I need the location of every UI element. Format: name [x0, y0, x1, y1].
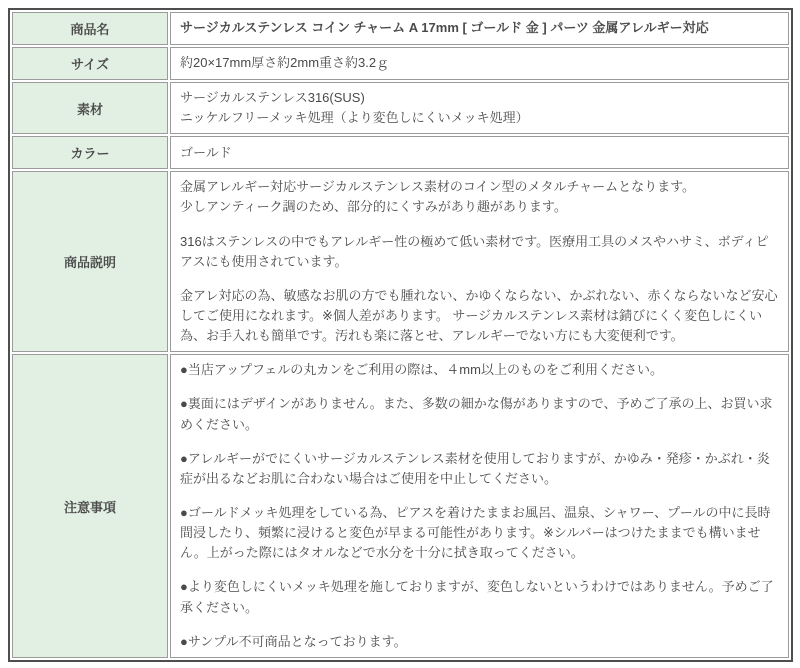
- paragraph: ゴールド: [180, 143, 779, 163]
- paragraph: ●アレルギーがでにくいサージカルステンレス素材を使用しておりますが、かゆみ・発疹…: [180, 449, 779, 489]
- paragraph: サージカルステンレス コイン チャーム A 17mm [ ゴールド 金 ] パー…: [180, 18, 779, 38]
- spec-row-material: 素材 サージカルステンレス316(SUS) ニッケルフリーメッキ処理（より変色し…: [12, 82, 789, 134]
- row-content-product-name: サージカルステンレス コイン チャーム A 17mm [ ゴールド 金 ] パー…: [170, 12, 789, 45]
- row-label-size: サイズ: [12, 47, 168, 80]
- spec-row-color: カラー ゴールド: [12, 136, 789, 169]
- spec-row-product-name: 商品名 サージカルステンレス コイン チャーム A 17mm [ ゴールド 金 …: [12, 12, 789, 45]
- paragraph: ●サンプル不可商品となっております。: [180, 632, 779, 652]
- paragraph: ●当店アップフェルの丸カンをご利用の際は、４mm以上のものをご利用ください。: [180, 360, 779, 380]
- row-label-material: 素材: [12, 82, 168, 134]
- row-content-notes: ●当店アップフェルの丸カンをご利用の際は、４mm以上のものをご利用ください。●裏…: [170, 354, 789, 658]
- row-label-notes: 注意事項: [12, 354, 168, 658]
- paragraph: ●より変色しにくいメッキ処理を施しておりますが、変色しないというわけではありませ…: [180, 577, 779, 617]
- paragraph: ●ゴールドメッキ処理をしている為、ピアスを着けたままお風呂、温泉、シャワー、プー…: [180, 503, 779, 563]
- paragraph: 金アレ対応の為、敏感なお肌の方でも腫れない、かゆくならない、かぶれない、赤くなら…: [180, 286, 779, 346]
- row-label-description: 商品説明: [12, 171, 168, 352]
- paragraph: 金属アレルギー対応サージカルステンレス素材のコイン型のメタルチャームとなります。…: [180, 177, 779, 217]
- row-label-product-name: 商品名: [12, 12, 168, 45]
- spec-row-size: サイズ 約20×17mm厚さ約2mm重さ約3.2ｇ: [12, 47, 789, 80]
- spec-row-notes: 注意事項 ●当店アップフェルの丸カンをご利用の際は、４mm以上のものをご利用くだ…: [12, 354, 789, 658]
- row-content-size: 約20×17mm厚さ約2mm重さ約3.2ｇ: [170, 47, 789, 80]
- product-spec-page: 商品名 サージカルステンレス コイン チャーム A 17mm [ ゴールド 金 …: [0, 0, 800, 668]
- row-content-color: ゴールド: [170, 136, 789, 169]
- paragraph: 316はステンレスの中でもアレルギー性の極めて低い素材です。医療用工具のメスやハ…: [180, 232, 779, 272]
- row-content-material: サージカルステンレス316(SUS) ニッケルフリーメッキ処理（より変色しにくい…: [170, 82, 789, 134]
- paragraph: サージカルステンレス316(SUS) ニッケルフリーメッキ処理（より変色しにくい…: [180, 88, 779, 128]
- paragraph: ●裏面にはデザインがありません。また、多数の細かな傷がありますので、予めご了承の…: [180, 394, 779, 434]
- spec-row-description: 商品説明 金属アレルギー対応サージカルステンレス素材のコイン型のメタルチャームと…: [12, 171, 789, 352]
- paragraph: 約20×17mm厚さ約2mm重さ約3.2ｇ: [180, 53, 779, 73]
- row-label-color: カラー: [12, 136, 168, 169]
- row-content-description: 金属アレルギー対応サージカルステンレス素材のコイン型のメタルチャームとなります。…: [170, 171, 789, 352]
- product-spec-table: 商品名 サージカルステンレス コイン チャーム A 17mm [ ゴールド 金 …: [8, 8, 793, 662]
